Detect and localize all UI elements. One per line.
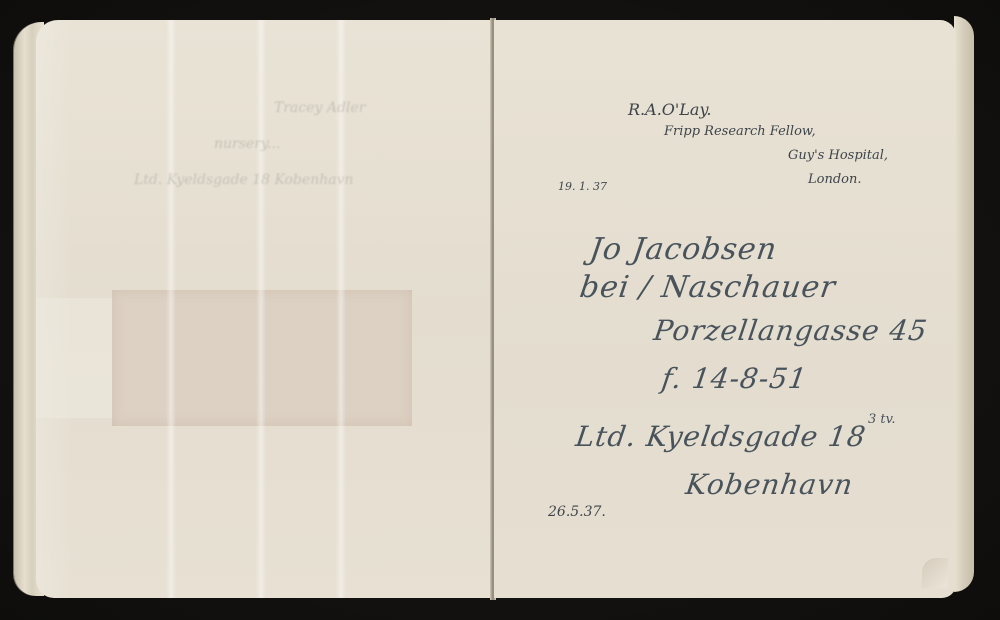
entry-line: Fripp Research Fellow, bbox=[664, 124, 816, 139]
showthrough-text: Tracey Adler bbox=[274, 100, 365, 116]
patch-extension bbox=[36, 298, 116, 418]
entry-line: Ltd. Kyeldsgade 18 bbox=[574, 420, 869, 453]
entry-line: Kobenhavn bbox=[684, 468, 856, 501]
entry-line: Guy's Hospital, bbox=[788, 148, 888, 163]
entry-name: Jo Jacobsen bbox=[588, 232, 780, 267]
entry-name: R.A.O'Lay. bbox=[628, 100, 711, 119]
open-notebook: Tracey Adler nursery... Ltd. Kyeldsgade … bbox=[14, 14, 974, 604]
entry-line: bei / Naschauer bbox=[578, 270, 839, 305]
showthrough-text: Ltd. Kyeldsgade 18 Kobenhavn bbox=[134, 172, 354, 188]
left-page: Tracey Adler nursery... Ltd. Kyeldsgade … bbox=[36, 20, 492, 598]
glassine-streak bbox=[256, 20, 266, 598]
right-page: R.A.O'Lay. Fripp Research Fellow, Guy's … bbox=[494, 20, 956, 598]
showthrough-text: nursery... bbox=[214, 136, 280, 152]
entry-superscript: 3 tv. bbox=[868, 412, 896, 427]
entry-line: London. bbox=[808, 172, 862, 187]
entry-date: 19. 1. 37 bbox=[558, 180, 607, 193]
glassine-streak bbox=[166, 20, 176, 598]
folded-corner bbox=[922, 558, 948, 588]
entry-date: 26.5.37. bbox=[548, 504, 606, 520]
right-page-edges bbox=[954, 16, 974, 592]
entry-line: Porzellangasse 45 bbox=[652, 314, 930, 347]
entry-line: f. 14-8-51 bbox=[660, 362, 810, 395]
